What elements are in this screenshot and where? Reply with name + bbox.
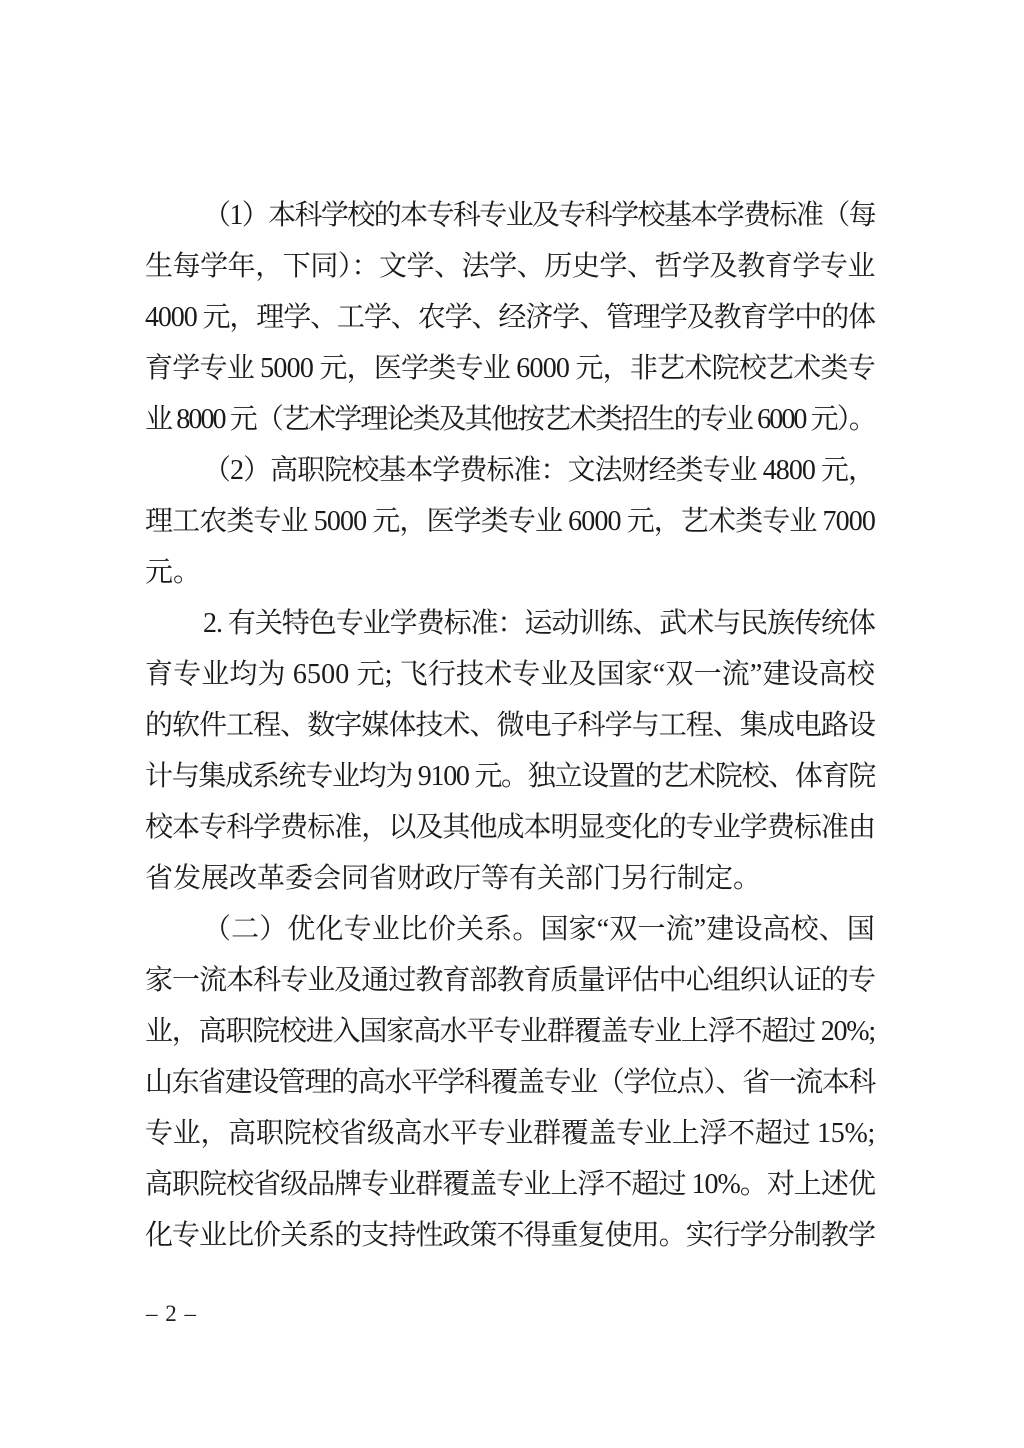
text-line: 计与集成系统专业均为 9100 元。独立设置的艺术院校、体育院 <box>145 751 875 802</box>
text-line-content: 山东省建设管理的高水平学科覆盖专业（学位点）、省一流本科 <box>145 1057 875 1108</box>
text-line: 高职院校省级品牌专业群覆盖专业上浮不超过 10%。对上述优 <box>145 1159 875 1210</box>
text-line-content: 2. 有关特色专业学费标准：运动训练、武术与民族传统体 <box>203 598 875 649</box>
text-line: 元。 <box>145 547 875 598</box>
text-line: （1）本科学校的本专科专业及专科学校基本学费标准（每 <box>145 190 875 241</box>
text-line: 育学专业 5000 元，医学类专业 6000 元，非艺术院校艺术类专 <box>145 343 875 394</box>
text-line: 专业，高职院校省级高水平专业群覆盖专业上浮不超过 15%; <box>145 1108 875 1159</box>
text-line: 家一流本科专业及通过教育部教育质量评估中心组织认证的专 <box>145 955 875 1006</box>
text-line-content: 计与集成系统专业均为 9100 元。独立设置的艺术院校、体育院 <box>145 751 875 802</box>
text-line: 的软件工程、数字媒体技术、微电子科学与工程、集成电路设 <box>145 700 875 751</box>
text-line-content: 理工农类专业 5000 元，医学类专业 6000 元，艺术类专业 7000 <box>145 496 875 547</box>
text-line: 山东省建设管理的高水平学科覆盖专业（学位点）、省一流本科 <box>145 1057 875 1108</box>
text-line-content: （1）本科学校的本专科专业及专科学校基本学费标准（每 <box>203 190 875 241</box>
text-line-content: 化专业比价关系的支持性政策不得重复使用。实行学分制教学 <box>145 1210 875 1261</box>
text-line: （2）高职院校基本学费标准：文法财经类专业 4800 元， <box>145 445 875 496</box>
page-number: – 2 – <box>146 1298 197 1330</box>
body-text: （1）本科学校的本专科专业及专科学校基本学费标准（每 生每学年，下同）：文学、法… <box>145 190 875 1261</box>
text-line-content: （2）高职院校基本学费标准：文法财经类专业 4800 元， <box>203 445 875 496</box>
text-line-content: 育学专业 5000 元，医学类专业 6000 元，非艺术院校艺术类专 <box>145 343 875 394</box>
text-line: 省发展改革委会同省财政厅等有关部门另行制定。 <box>145 853 875 904</box>
text-line-content: 4000 元，理学、工学、农学、经济学、管理学及教育学中的体 <box>145 292 875 343</box>
text-line: 业，高职院校进入国家高水平专业群覆盖专业上浮不超过 20%; <box>145 1006 875 1057</box>
paragraph-special-majors: 2. 有关特色专业学费标准：运动训练、武术与民族传统体 育专业均为 6500 元… <box>145 598 875 904</box>
paragraph-basic-fee-gaozhi: （2）高职院校基本学费标准：文法财经类专业 4800 元， 理工农类专业 500… <box>145 445 875 598</box>
document-page: （1）本科学校的本专科专业及专科学校基本学费标准（每 生每学年，下同）：文学、法… <box>0 0 1024 1448</box>
text-line-content: 的软件工程、数字媒体技术、微电子科学与工程、集成电路设 <box>145 700 875 751</box>
text-line-content: 育专业均为 6500 元; 飞行技术专业及国家“双一流”建设高校 <box>145 649 875 700</box>
text-line: 校本专科学费标准，以及其他成本明显变化的专业学费标准由 <box>145 802 875 853</box>
text-line: 2. 有关特色专业学费标准：运动训练、武术与民族传统体 <box>145 598 875 649</box>
text-line-content: 省发展改革委会同省财政厅等有关部门另行制定。 <box>145 853 761 904</box>
text-line-content: 元。 <box>145 547 201 598</box>
text-line-content: 专业，高职院校省级高水平专业群覆盖专业上浮不超过 15%; <box>145 1108 875 1159</box>
text-line-content: 业 8000 元（艺术学理论类及其他按艺术类招生的专业 6000 元）。 <box>145 394 875 445</box>
text-line: 理工农类专业 5000 元，医学类专业 6000 元，艺术类专业 7000 <box>145 496 875 547</box>
text-line: 业 8000 元（艺术学理论类及其他按艺术类招生的专业 6000 元）。 <box>145 394 875 445</box>
text-line-content: 家一流本科专业及通过教育部教育质量评估中心组织认证的专 <box>145 955 875 1006</box>
text-line-content: 校本专科学费标准，以及其他成本明显变化的专业学费标准由 <box>145 802 875 853</box>
text-line: 育专业均为 6500 元; 飞行技术专业及国家“双一流”建设高校 <box>145 649 875 700</box>
text-line-content: 高职院校省级品牌专业群覆盖专业上浮不超过 10%。对上述优 <box>145 1159 875 1210</box>
text-line: （二）优化专业比价关系。国家“双一流”建设高校、国 <box>145 904 875 955</box>
text-line: 生每学年，下同）：文学、法学、历史学、哲学及教育学专业 <box>145 241 875 292</box>
text-line-content: 生每学年，下同）：文学、法学、历史学、哲学及教育学专业 <box>145 241 875 292</box>
paragraph-basic-fee-benke: （1）本科学校的本专科专业及专科学校基本学费标准（每 生每学年，下同）：文学、法… <box>145 190 875 445</box>
text-line-content: 业，高职院校进入国家高水平专业群覆盖专业上浮不超过 20%; <box>145 1006 875 1057</box>
paragraph-price-ratio: （二）优化专业比价关系。国家“双一流”建设高校、国 家一流本科专业及通过教育部教… <box>145 904 875 1261</box>
text-line: 化专业比价关系的支持性政策不得重复使用。实行学分制教学 <box>145 1210 875 1261</box>
text-line-content: （二）优化专业比价关系。国家“双一流”建设高校、国 <box>203 904 875 955</box>
text-line: 4000 元，理学、工学、农学、经济学、管理学及教育学中的体 <box>145 292 875 343</box>
